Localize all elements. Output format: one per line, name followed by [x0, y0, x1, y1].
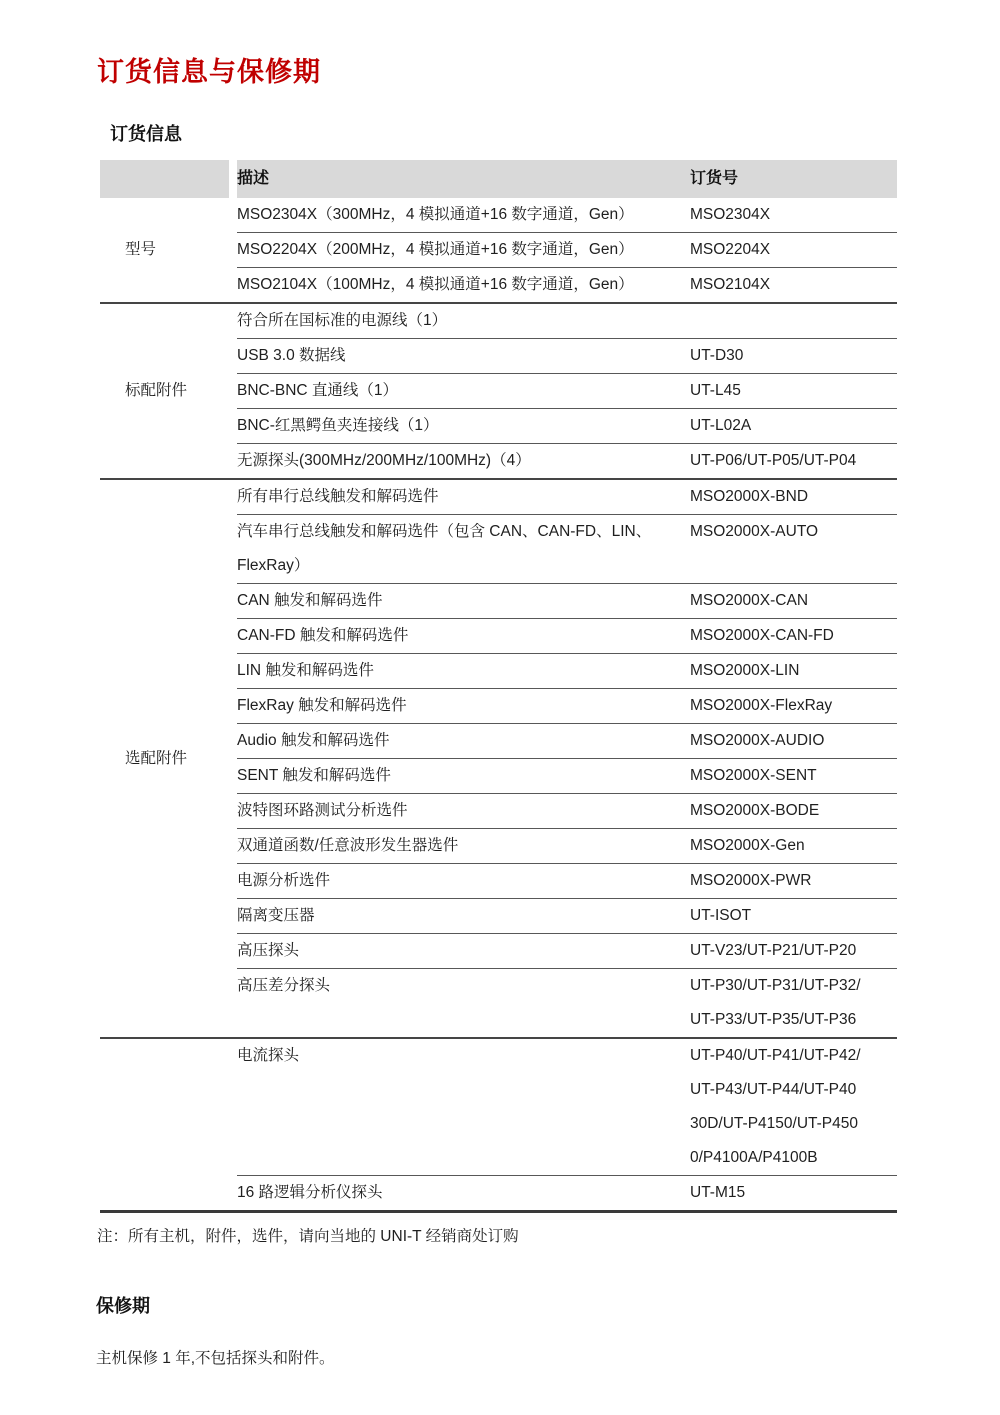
row-description: 双通道函数/任意波形发生器选件 [237, 828, 690, 863]
table-group-0: 型号MSO2304X（300MHz，4 模拟通道+16 数字通道，Gen）MSO… [100, 198, 897, 302]
row-order-number: UT-ISOT [690, 898, 897, 933]
row-description: 高压差分探头 [237, 968, 690, 1037]
table-header-category [100, 160, 237, 198]
row-order-number: MSO2000X-Gen [690, 828, 897, 863]
category-label [100, 1039, 237, 1210]
row-description: 波特图环路测试分析选件 [237, 793, 690, 828]
row-order-number: UT-D30 [690, 338, 897, 373]
row-description: BNC-BNC 直通线（1） [237, 373, 690, 408]
row-order-number: UT-P30/UT-P31/UT-P32/ UT-P33/UT-P35/UT-P… [690, 968, 897, 1037]
row-order-number: MSO2204X [690, 232, 897, 267]
row-order-number: MSO2000X-FlexRay [690, 688, 897, 723]
row-description: 高压探头 [237, 933, 690, 968]
table-group-2: 选配附件所有串行总线触发和解码选件MSO2000X-BND汽车串行总线触发和解码… [100, 478, 897, 1037]
row-order-number [690, 304, 897, 338]
row-description: MSO2304X（300MHz，4 模拟通道+16 数字通道，Gen） [237, 198, 690, 232]
table-header-row: 描述 订货号 [100, 160, 897, 198]
row-order-number: UT-L02A [690, 408, 897, 443]
section-heading-ordering-info: 订货信息 [110, 120, 182, 146]
row-description: LIN 触发和解码选件 [237, 653, 690, 688]
row-description: CAN 触发和解码选件 [237, 583, 690, 618]
page-title: 订货信息与保修期 [97, 50, 321, 89]
category-label: 选配附件 [100, 480, 237, 1037]
row-order-number: MSO2000X-BND [690, 480, 897, 514]
row-order-number: MSO2000X-AUTO [690, 514, 897, 583]
ordering-table: 描述 订货号 型号MSO2304X（300MHz，4 模拟通道+16 数字通道，… [100, 160, 897, 1213]
row-order-number: MSO2000X-CAN [690, 583, 897, 618]
row-order-number: MSO2000X-CAN-FD [690, 618, 897, 653]
row-description: 所有串行总线触发和解码选件 [237, 480, 690, 514]
table-group-3: 电流探头UT-P40/UT-P41/UT-P42/ UT-P43/UT-P44/… [100, 1037, 897, 1210]
row-description: 电流探头 [237, 1039, 690, 1175]
table-group-1: 标配附件符合所在国标准的电源线（1）USB 3.0 数据线UT-D30BNC-B… [100, 302, 897, 478]
row-order-number: UT-P40/UT-P41/UT-P42/ UT-P43/UT-P44/UT-P… [690, 1039, 897, 1175]
row-description: 16 路逻辑分析仪探头 [237, 1175, 690, 1210]
row-order-number: MSO2304X [690, 198, 897, 232]
row-description: 隔离变压器 [237, 898, 690, 933]
row-description: 无源探头(300MHz/200MHz/100MHz)（4） [237, 443, 690, 478]
row-description: SENT 触发和解码选件 [237, 758, 690, 793]
row-description: 符合所在国标准的电源线（1） [237, 304, 690, 338]
table-body: 型号MSO2304X（300MHz，4 模拟通道+16 数字通道，Gen）MSO… [100, 198, 897, 1210]
row-description: MSO2104X（100MHz，4 模拟通道+16 数字通道，Gen） [237, 267, 690, 302]
row-order-number: UT-P06/UT-P05/UT-P04 [690, 443, 897, 478]
row-order-number: MSO2000X-SENT [690, 758, 897, 793]
row-description: CAN-FD 触发和解码选件 [237, 618, 690, 653]
row-description: 汽车串行总线触发和解码选件（包含 CAN、CAN-FD、LIN、 FlexRay… [237, 514, 690, 583]
section-heading-warranty: 保修期 [96, 1292, 150, 1318]
row-order-number: UT-M15 [690, 1175, 897, 1210]
row-description: BNC-红黑鳄鱼夹连接线（1） [237, 408, 690, 443]
row-order-number: MSO2104X [690, 267, 897, 302]
row-order-number: MSO2000X-LIN [690, 653, 897, 688]
row-order-number: MSO2000X-AUDIO [690, 723, 897, 758]
row-order-number: MSO2000X-BODE [690, 793, 897, 828]
row-description: 电源分析选件 [237, 863, 690, 898]
warranty-text: 主机保修 1 年,不包括探头和附件。 [96, 1346, 335, 1368]
category-label: 标配附件 [100, 304, 237, 478]
row-order-number: UT-V23/UT-P21/UT-P20 [690, 933, 897, 968]
row-description: Audio 触发和解码选件 [237, 723, 690, 758]
table-header-description: 描述 [237, 160, 690, 198]
row-description: MSO2204X（200MHz，4 模拟通道+16 数字通道，Gen） [237, 232, 690, 267]
row-order-number: MSO2000X-PWR [690, 863, 897, 898]
row-order-number: UT-L45 [690, 373, 897, 408]
table-footnote: 注：所有主机，附件，选件，请向当地的 UNI-T 经销商处订购 [97, 1226, 519, 1248]
row-description: USB 3.0 数据线 [237, 338, 690, 373]
category-label: 型号 [100, 198, 237, 302]
table-header-order-number: 订货号 [690, 160, 897, 198]
row-description: FlexRay 触发和解码选件 [237, 688, 690, 723]
